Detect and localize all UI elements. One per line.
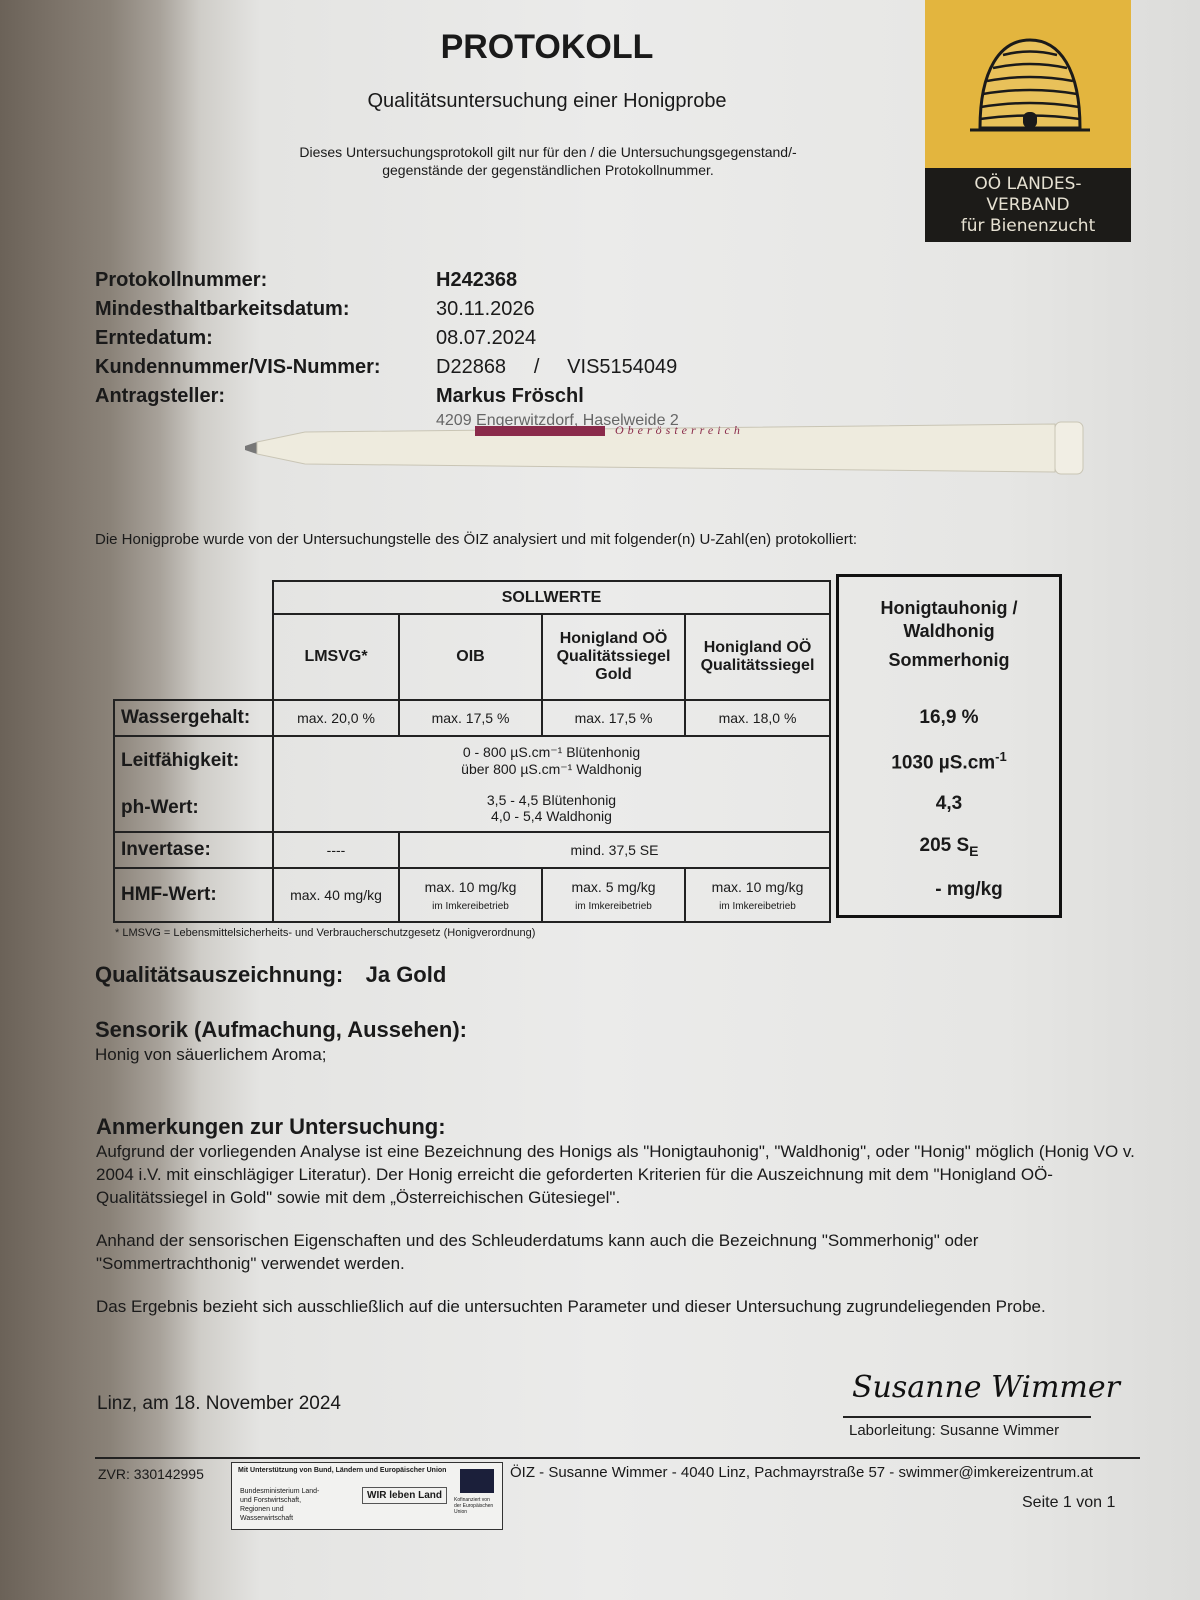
col-siegel: Honigland OÖ Qualitätssiegel xyxy=(685,614,830,700)
zvr-number: ZVR: 330142995 xyxy=(98,1466,204,1482)
sollwerte-header: SOLLWERTE xyxy=(273,581,830,614)
meta-best-before: Mindesthaltbarkeitsdatum: 30.11.2026 xyxy=(95,295,679,324)
col-gold: Honigland OÖ Qualitätssiegel Gold xyxy=(542,614,685,700)
table-row: Wassergehalt: max. 20,0 % max. 17,5 % ma… xyxy=(114,700,830,736)
intro-text: Die Honigprobe wurde von der Untersuchun… xyxy=(95,531,857,548)
protocol-meta: Protokollnummer: H242368 Mindesthaltbark… xyxy=(95,266,679,431)
meta-protocol-number: Protokollnummer: H242368 xyxy=(95,266,679,295)
meta-applicant: Antragsteller: Markus Fröschl xyxy=(95,382,679,411)
signature: Susanne Wimmer xyxy=(852,1370,1120,1405)
meta-customer-number: Kundennummer/VIS-Nummer: D22868 / VIS515… xyxy=(95,353,679,382)
validity-note: Dieses Untersuchungsprotokoll gilt nur f… xyxy=(240,143,856,179)
result-conductivity: 1030 µS.cm-1 xyxy=(839,749,1059,774)
result-hmf: - mg/kg xyxy=(839,879,1059,901)
place-date: Linz, am 18. November 2024 xyxy=(97,1393,341,1415)
sensorik-section: Sensorik (Aufmachung, Aussehen): Honig v… xyxy=(95,1017,1115,1066)
col-lmsvg: LMSVG* xyxy=(273,614,399,700)
footer-divider xyxy=(95,1457,1140,1459)
beehive-skep-icon xyxy=(925,0,1131,168)
table-row: Invertase: ---- mind. 37,5 SE xyxy=(114,832,830,868)
result-water: 16,9 % xyxy=(839,707,1059,729)
reference-values-table: SOLLWERTE LMSVG* OIB Honigland OÖ Qualit… xyxy=(113,580,831,923)
quality-award: Qualitätsauszeichnung: Ja Gold xyxy=(95,962,446,988)
funding-logos: Mit Unterstützung von Bund, Ländern und … xyxy=(231,1462,503,1530)
meta-harvest-date: Erntedatum: 08.07.2024 xyxy=(95,324,679,353)
signature-line xyxy=(843,1416,1091,1418)
table-row: ph-Wert: 3,5 - 4,5 Blütenhonig 4,0 - 5,4… xyxy=(114,784,830,832)
result-ph: 4,3 xyxy=(839,793,1059,815)
result-box: Honigtauhonig / Waldhonig Sommerhonig 16… xyxy=(836,574,1062,918)
remarks-section: Anmerkungen zur Untersuchung: Aufgrund d… xyxy=(96,1114,1136,1318)
association-logo: OÖ LANDES- VERBAND für Bienenzucht xyxy=(925,0,1131,242)
lab-lead: Laborleitung: Susanne Wimmer xyxy=(849,1422,1059,1439)
table-row: HMF-Wert: max. 40 mg/kg max. 10 mg/kgim … xyxy=(114,868,830,922)
col-oib: OIB xyxy=(399,614,542,700)
page-number: Seite 1 von 1 xyxy=(1022,1494,1115,1512)
result-invertase: 205 SE xyxy=(839,835,1059,859)
eu-flag-icon xyxy=(460,1469,494,1493)
ballpoint-pen: Oberösterreich xyxy=(245,420,1145,480)
table-row: Leitfähigkeit: 0 - 800 µS.cm⁻¹ Blütenhon… xyxy=(114,736,830,784)
footnote: * LMSVG = Lebensmittelsicherheits- und V… xyxy=(115,927,535,939)
svg-text:Oberösterreich: Oberösterreich xyxy=(615,423,744,437)
footer-address: ÖIZ - Susanne Wimmer - 4040 Linz, Pachma… xyxy=(510,1464,1093,1481)
